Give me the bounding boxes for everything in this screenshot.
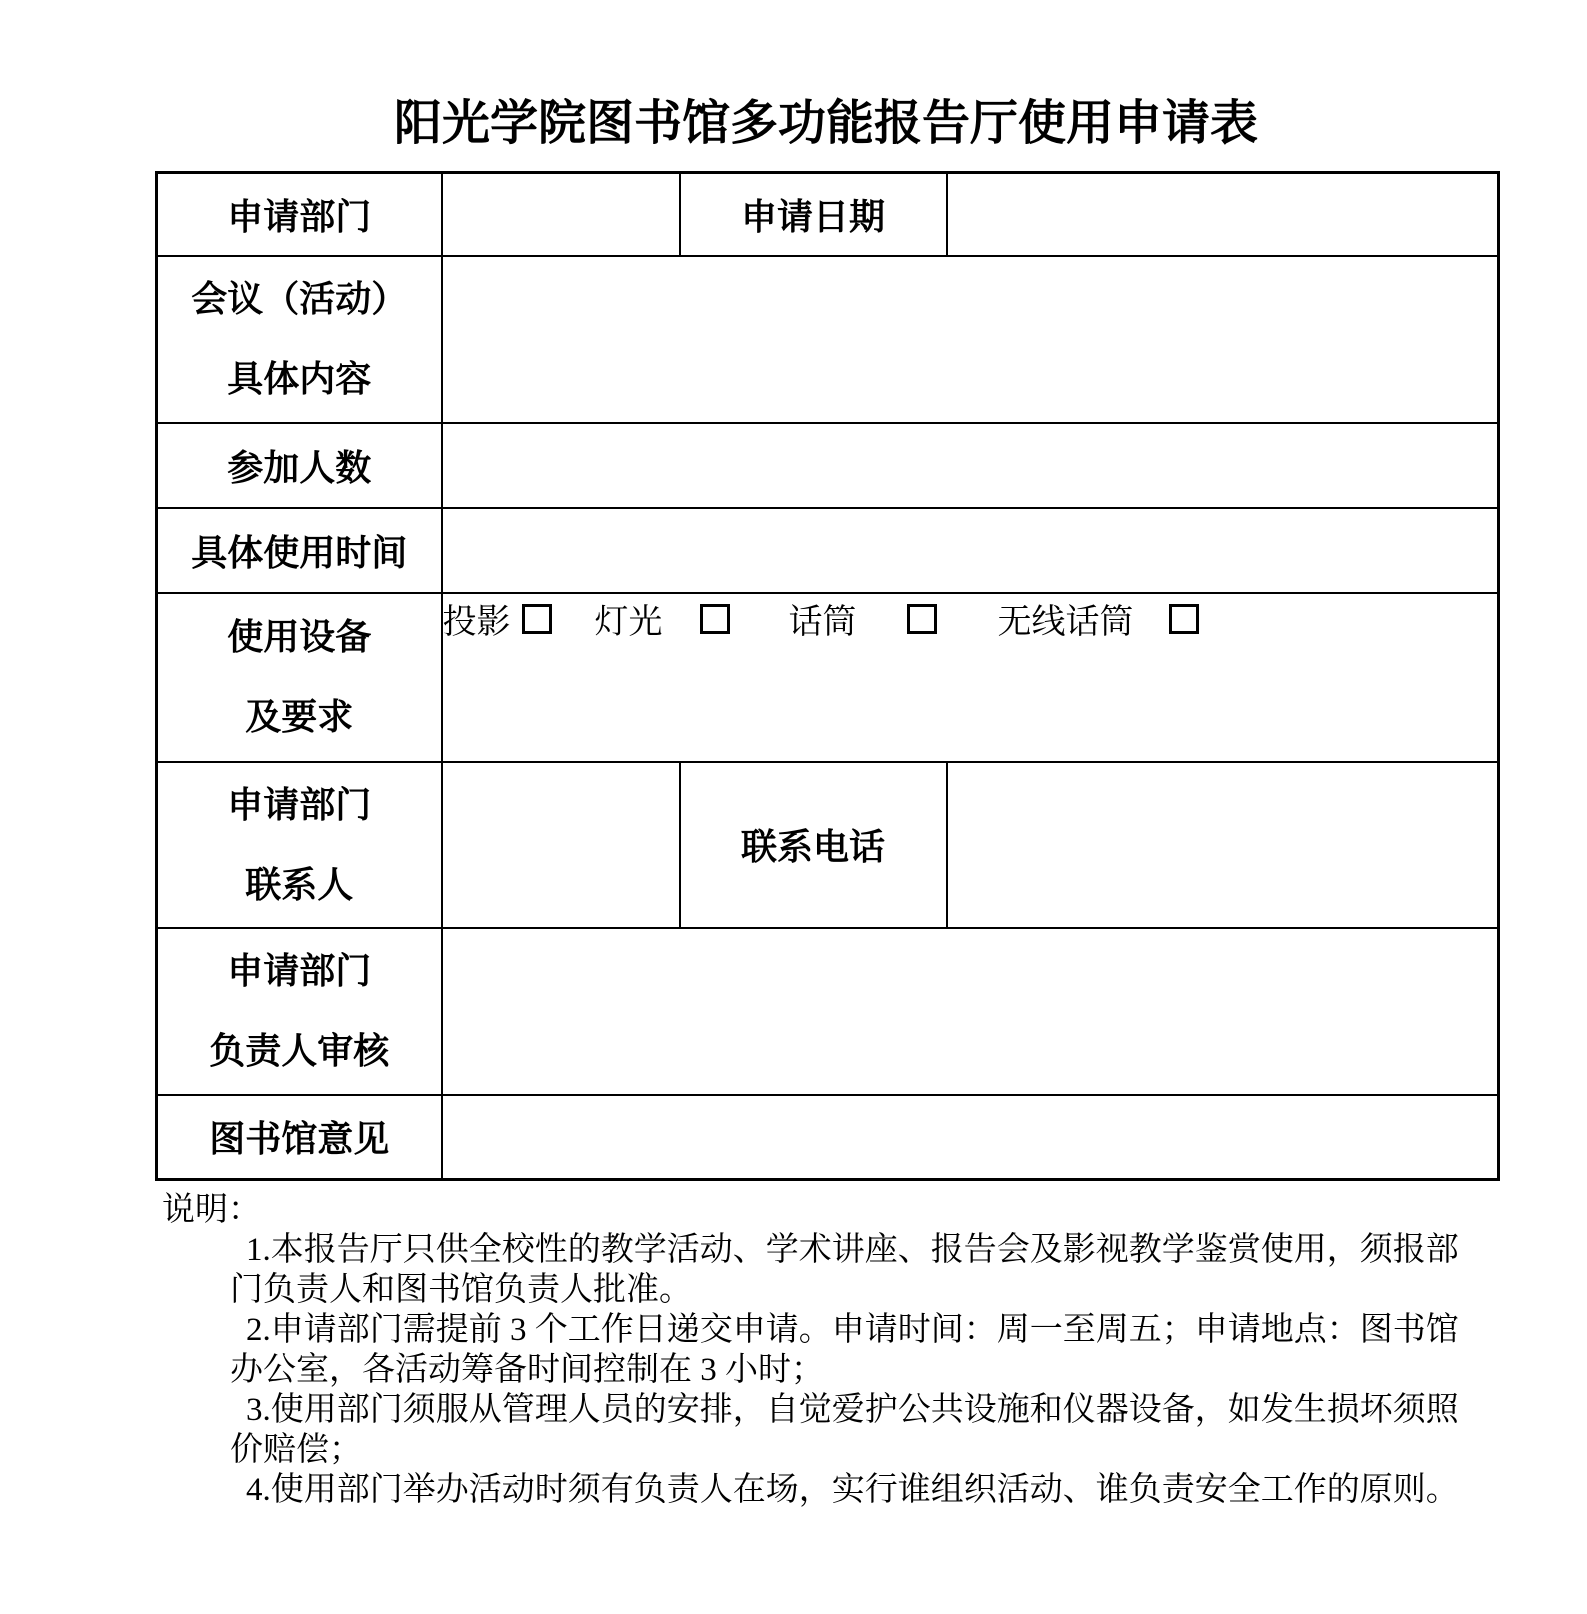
equipment-item-microphone: 话筒 xyxy=(789,594,937,643)
contact-person-input[interactable] xyxy=(442,762,680,928)
usage-time-input[interactable] xyxy=(442,508,1499,593)
row-meeting-content: 会议（活动） 具体内容 xyxy=(157,256,1499,423)
approval-label-cell: 申请部门 负责人审核 xyxy=(157,928,442,1095)
department-input[interactable] xyxy=(442,173,680,256)
note-line-2: 2.申请部门需提前 3 个工作日递交申请。申请时间：周一至周五；申请地点：图书馆 xyxy=(155,1310,1497,1350)
document-content: 阳光学院图书馆多功能报告厅使用申请表 申请部门 申请日期 xyxy=(155,0,1497,1510)
contact-label-line2: 联系人 xyxy=(158,845,441,925)
lighting-label: 灯光 xyxy=(595,594,663,643)
notes-section: 说明： 1.本报告厅只供全校性的教学活动、学术讲座、报告会及影视教学鉴赏使用，须… xyxy=(155,1190,1497,1510)
equipment-options-cell[interactable]: 投影 灯光 话筒 无线 xyxy=(442,593,1499,762)
wireless-microphone-label: 无线话筒 xyxy=(998,594,1134,643)
note-line-4: 4.使用部门举办活动时须有负责人在场，实行谁组织活动、谁负责安全工作的原则。 xyxy=(155,1470,1497,1510)
notes-heading: 说明： xyxy=(155,1190,1497,1230)
microphone-checkbox[interactable] xyxy=(907,604,937,634)
usage-time-label: 具体使用时间 xyxy=(158,525,441,576)
row-library-opinion: 图书馆意见 xyxy=(157,1095,1499,1180)
equipment-options-row: 投影 灯光 话筒 无线 xyxy=(443,594,1498,643)
projector-checkbox[interactable] xyxy=(522,604,552,634)
page-title: 阳光学院图书馆多功能报告厅使用申请表 xyxy=(155,97,1497,151)
approval-input[interactable] xyxy=(442,928,1499,1095)
lighting-checkbox[interactable] xyxy=(700,604,730,634)
library-opinion-input[interactable] xyxy=(442,1095,1499,1180)
note-line-2-wrap: 办公室，各活动筹备时间控制在 3 小时； xyxy=(155,1350,1497,1390)
date-input[interactable] xyxy=(947,173,1499,256)
attendees-label-cell: 参加人数 xyxy=(157,423,442,508)
meeting-content-label-cell: 会议（活动） 具体内容 xyxy=(157,256,442,423)
wireless-microphone-checkbox[interactable] xyxy=(1169,604,1199,634)
attendees-label: 参加人数 xyxy=(158,440,441,491)
phone-input[interactable] xyxy=(947,762,1499,928)
date-label: 申请日期 xyxy=(681,189,946,240)
document-page: 阳光学院图书馆多功能报告厅使用申请表 申请部门 申请日期 xyxy=(0,0,1587,1614)
note-line-3-wrap: 价赔偿； xyxy=(155,1430,1497,1470)
meeting-content-label-line2: 具体内容 xyxy=(158,339,441,419)
equipment-item-projector: 投影 xyxy=(443,594,552,643)
row-attendees: 参加人数 xyxy=(157,423,1499,508)
equipment-item-wireless-microphone: 无线话筒 xyxy=(998,594,1199,643)
row-usage-time: 具体使用时间 xyxy=(157,508,1499,593)
usage-time-label-cell: 具体使用时间 xyxy=(157,508,442,593)
equipment-label-line2: 及要求 xyxy=(158,677,441,757)
approval-label-line2: 负责人审核 xyxy=(158,1011,441,1091)
note-line-1: 1.本报告厅只供全校性的教学活动、学术讲座、报告会及影视教学鉴赏使用，须报部 xyxy=(155,1230,1497,1270)
phone-label-cell: 联系电话 xyxy=(680,762,947,928)
library-opinion-label-cell: 图书馆意见 xyxy=(157,1095,442,1180)
department-label: 申请部门 xyxy=(158,189,441,240)
approval-label-line1: 申请部门 xyxy=(158,931,441,1011)
row-contact: 申请部门 联系人 联系电话 xyxy=(157,762,1499,928)
projector-label: 投影 xyxy=(443,594,511,643)
attendees-input[interactable] xyxy=(442,423,1499,508)
contact-label-cell: 申请部门 联系人 xyxy=(157,762,442,928)
equipment-item-lighting: 灯光 xyxy=(595,594,730,643)
equipment-label-cell: 使用设备 及要求 xyxy=(157,593,442,762)
note-line-1-wrap: 门负责人和图书馆负责人批准。 xyxy=(155,1270,1497,1310)
meeting-content-input[interactable] xyxy=(442,256,1499,423)
note-line-3: 3.使用部门须服从管理人员的安排，自觉爱护公共设施和仪器设备，如发生损坏须照 xyxy=(155,1390,1497,1430)
meeting-content-label-line1: 会议（活动） xyxy=(158,259,441,339)
phone-label: 联系电话 xyxy=(681,819,946,870)
row-equipment: 使用设备 及要求 投影 灯光 xyxy=(157,593,1499,762)
microphone-label: 话筒 xyxy=(789,594,857,643)
date-label-cell: 申请日期 xyxy=(680,173,947,256)
department-label-cell: 申请部门 xyxy=(157,173,442,256)
library-opinion-label: 图书馆意见 xyxy=(158,1111,441,1162)
application-form-table: 申请部门 申请日期 会议（活动） 具体内容 xyxy=(155,171,1500,1181)
contact-label-line1: 申请部门 xyxy=(158,765,441,845)
equipment-label-line1: 使用设备 xyxy=(158,597,441,677)
row-department-date: 申请部门 申请日期 xyxy=(157,173,1499,256)
row-department-approval: 申请部门 负责人审核 xyxy=(157,928,1499,1095)
